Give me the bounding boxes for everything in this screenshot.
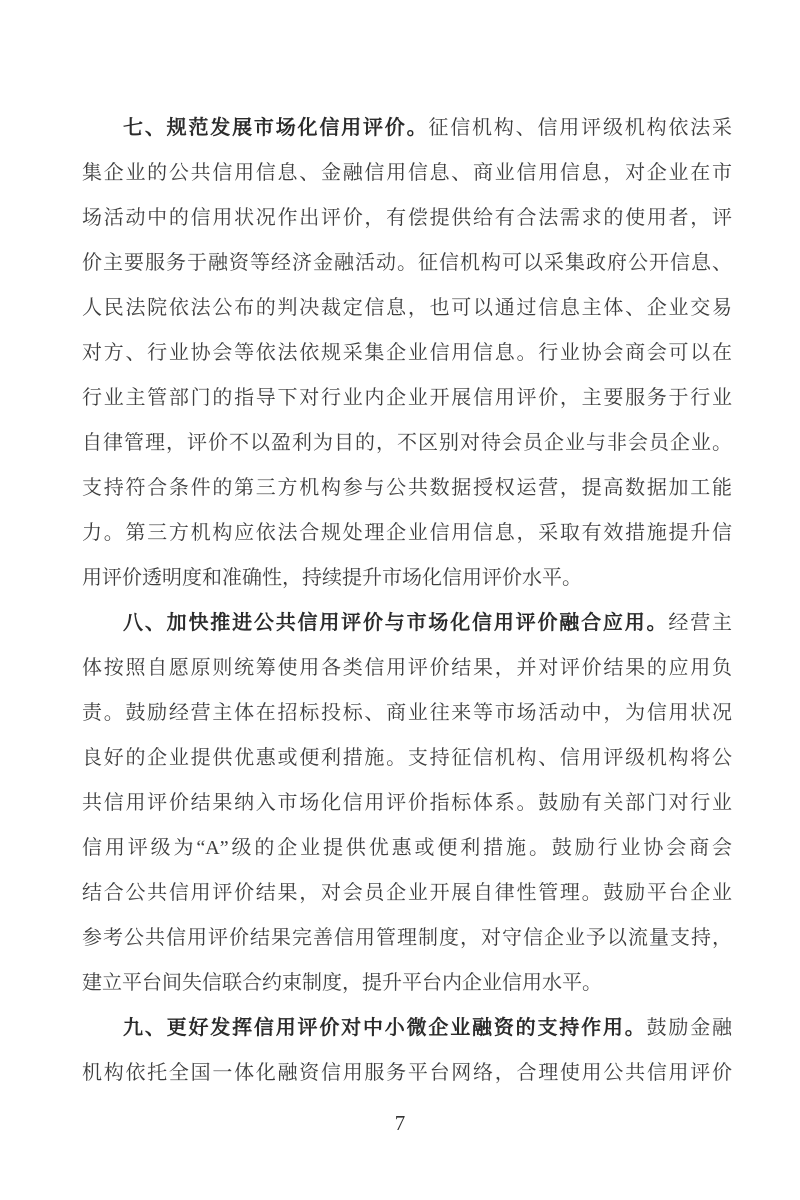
section-heading-line: 七、规范发展市场化信用评价。征信机构、信用评级机构依法采 bbox=[82, 106, 732, 151]
text-line: 责。鼓励经营主体在招标投标、商业往来等市场活动中，为信用状况 bbox=[82, 691, 732, 736]
text-line: 用评价透明度和准确性，持续提升市场化信用评价水平。 bbox=[82, 556, 732, 601]
text-line: 建立平台间失信联合约束制度，提升平台内企业信用水平。 bbox=[82, 961, 732, 1006]
text-line: 机构依托全国一体化融资信用服务平台网络，合理使用公共信用评价 bbox=[82, 1051, 732, 1096]
text-line: 场活动中的信用状况作出评价，有偿提供给有合法需求的使用者，评 bbox=[82, 196, 732, 241]
text-line: 力。第三方机构应依法合规处理企业信用信息，采取有效措施提升信 bbox=[82, 511, 732, 556]
paragraph: 九、更好发挥信用评价对中小微企业融资的支持作用。鼓励金融机构依托全国一体化融资信… bbox=[82, 1006, 732, 1096]
text-line: 人民法院依法公布的判决裁定信息，也可以通过信息主体、企业交易 bbox=[82, 286, 732, 331]
document-page: 七、规范发展市场化信用评价。征信机构、信用评级机构依法采集企业的公共信用信息、金… bbox=[0, 0, 800, 1200]
text-line: 对方、行业协会等依法依规采集企业信用信息。行业协会商会可以在 bbox=[82, 331, 732, 376]
text-line: 价主要服务于融资等经济金融活动。征信机构可以采集政府公开信息、 bbox=[82, 241, 732, 286]
section-heading-line: 九、更好发挥信用评价对中小微企业融资的支持作用。鼓励金融 bbox=[82, 1006, 732, 1051]
text-line: 结合公共信用评价结果，对会员企业开展自律性管理。鼓励平台企业 bbox=[82, 871, 732, 916]
document-body: 七、规范发展市场化信用评价。征信机构、信用评级机构依法采集企业的公共信用信息、金… bbox=[82, 106, 732, 1096]
section-heading: 八、加快推进公共信用评价与市场化信用评价融合应用。 bbox=[123, 612, 668, 634]
text-line: 行业主管部门的指导下对行业内企业开展信用评价，主要服务于行业 bbox=[82, 376, 732, 421]
section-heading: 七、规范发展市场化信用评价。 bbox=[123, 117, 428, 139]
text-line: 自律管理，评价不以盈利为目的，不区别对待会员企业与非会员企业。 bbox=[82, 421, 732, 466]
text-line: 支持符合条件的第三方机构参与公共数据授权运营，提高数据加工能 bbox=[82, 466, 732, 511]
section-heading: 九、更好发挥信用评价对中小微企业融资的支持作用。 bbox=[123, 1017, 647, 1039]
text-line: 共信用评价结果纳入市场化信用评价指标体系。鼓励有关部门对行业 bbox=[82, 781, 732, 826]
section-heading-line: 八、加快推进公共信用评价与市场化信用评价融合应用。经营主 bbox=[82, 601, 732, 646]
text-line: 良好的企业提供优惠或便利措施。支持征信机构、信用评级机构将公 bbox=[82, 736, 732, 781]
paragraph: 七、规范发展市场化信用评价。征信机构、信用评级机构依法采集企业的公共信用信息、金… bbox=[82, 106, 732, 601]
text-line: 集企业的公共信用信息、金融信用信息、商业信用信息，对企业在市 bbox=[82, 151, 732, 196]
text-line: 参考公共信用评价结果完善信用管理制度，对守信企业予以流量支持， bbox=[82, 916, 732, 961]
paragraph: 八、加快推进公共信用评价与市场化信用评价融合应用。经营主体按照自愿原则统筹使用各… bbox=[82, 601, 732, 1006]
text-line: 体按照自愿原则统筹使用各类信用评价结果，并对评价结果的应用负 bbox=[82, 646, 732, 691]
text-line: 信用评级为“A”级的企业提供优惠或便利措施。鼓励行业协会商会 bbox=[82, 826, 732, 871]
page-number: 7 bbox=[0, 1110, 800, 1136]
